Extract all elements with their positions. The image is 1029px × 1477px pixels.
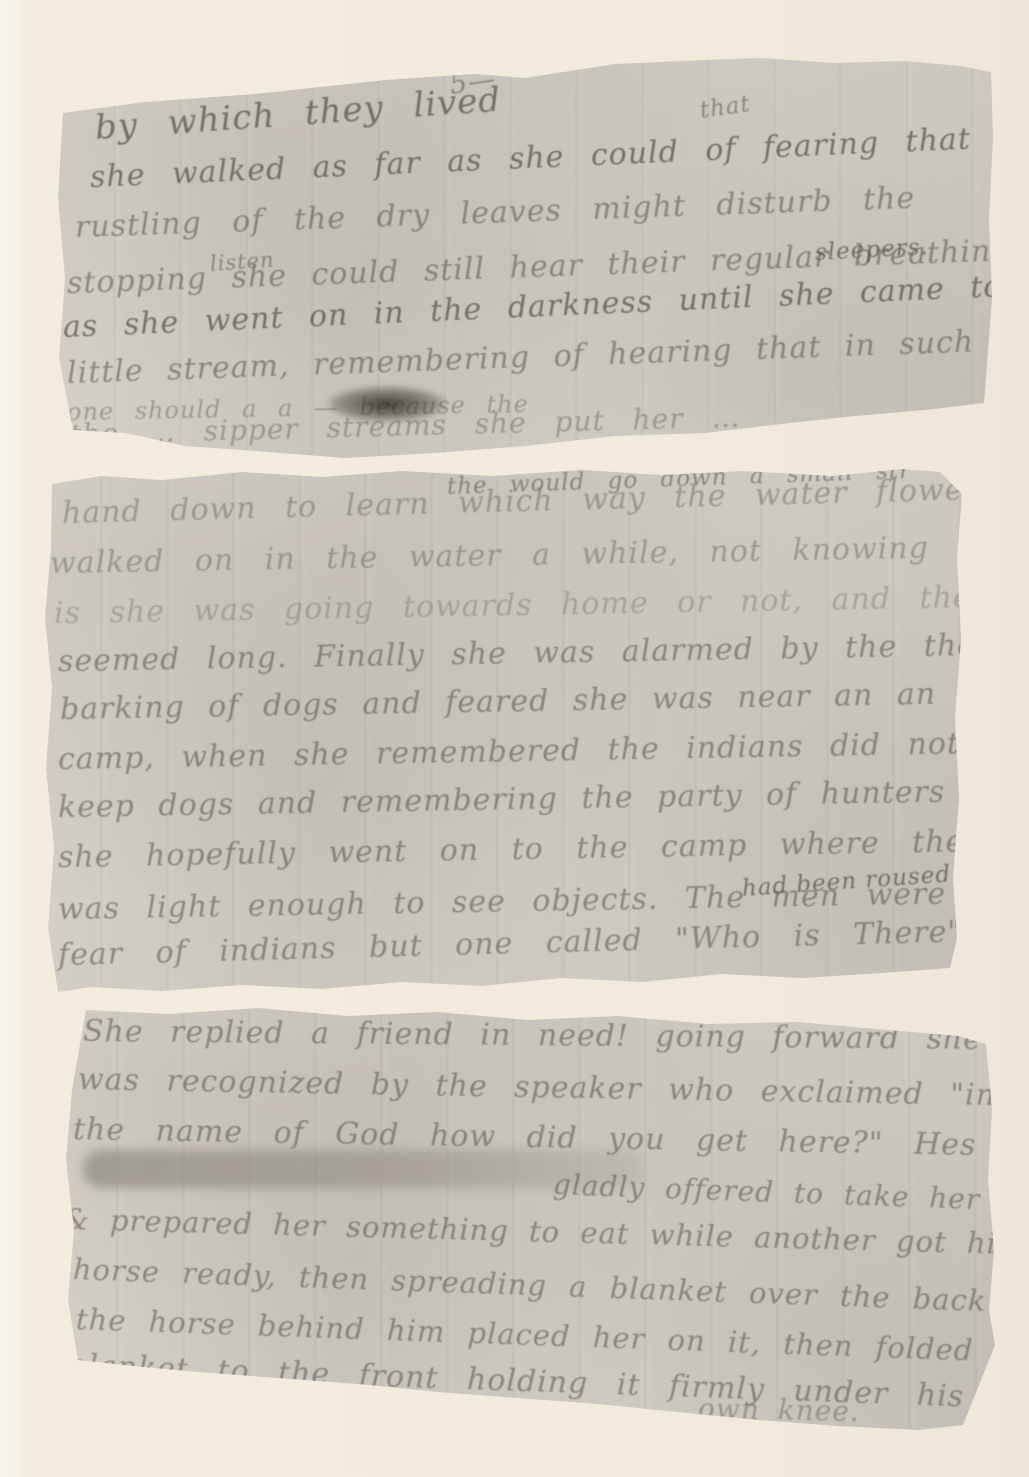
paper-fragment-middle: the would go down a small str hand down …: [42, 468, 967, 995]
handwritten-line: is she was going towards home or not, an…: [54, 578, 1029, 631]
interlinear-insertion: that: [698, 91, 752, 124]
scanned-page: 5— by which they lived that she walked a…: [0, 0, 1029, 1477]
handwritten-line: own knee.: [698, 1392, 860, 1428]
ink-blot: [327, 386, 447, 422]
handwritten-line: She replied a friend in need! going forw…: [83, 1014, 982, 1057]
handwritten-line: gladly offered to take her home: [552, 1168, 1029, 1219]
handwritten-line: barking of dogs and feared she was near …: [60, 674, 1029, 726]
handwritten-line: by which they lived: [94, 80, 503, 148]
handwritten-line: seemed long. Finally she was alarmed by …: [58, 628, 977, 679]
handwritten-line: camp, when she remembered the indians di…: [58, 726, 961, 777]
paper-fragment-top: 5— by which they lived that she walked a…: [55, 58, 995, 460]
handwritten-line: walked on in the water a while, not know…: [50, 529, 1026, 581]
handwritten-line: was recognized by the speaker who exclai…: [78, 1062, 997, 1113]
handwritten-line: rustling of the dry leaves might disturb…: [74, 181, 915, 245]
paper-fragment-bottom: She replied a friend in need! going forw…: [58, 1000, 998, 1435]
handwritten-line: keep dogs and remembering the party of h…: [58, 773, 1022, 825]
